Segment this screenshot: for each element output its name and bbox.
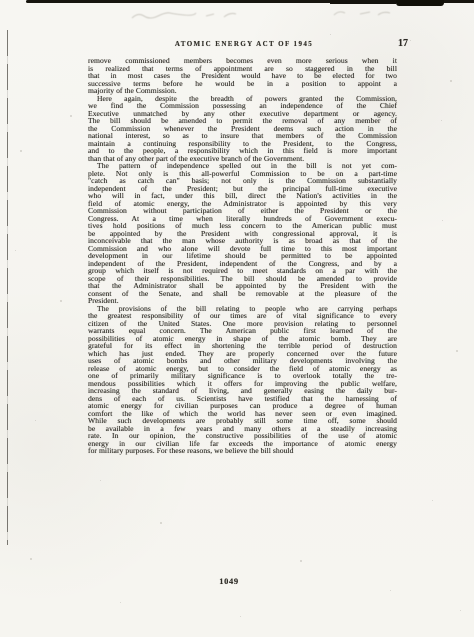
body-text: remove commissioned members becomes even… — [88, 57, 397, 455]
page-header-title: ATOMIC ENERGY ACT OF 1945 — [88, 40, 400, 48]
scan-speck — [460, 610, 461, 611]
running-head: ATOMIC ENERGY ACT OF 1945 17 — [88, 40, 400, 54]
paragraph: The provisions of the bill relating to p… — [88, 305, 397, 455]
paragraph: The pattern of independence spelled out … — [88, 162, 397, 305]
paragraph: remove commissioned members becomes even… — [88, 57, 397, 95]
page-number: 17 — [398, 38, 408, 49]
scan-speck — [441, 120, 442, 121]
text-line: consent of the Senate, and shall be remo… — [88, 290, 397, 298]
scan-speck — [20, 150, 22, 152]
scan-speck — [35, 420, 36, 421]
scan-top-edge-blob — [396, 0, 444, 6]
scan-speck — [456, 350, 458, 352]
scan-speck — [432, 500, 433, 501]
text-line: for military purposes. For these reasons… — [88, 447, 397, 455]
scan-speck — [450, 80, 452, 82]
scan-speck — [240, 616, 241, 617]
scan-speck — [410, 40, 411, 41]
scan-speck — [442, 220, 443, 221]
paragraph: Here again, despite the breadth of power… — [88, 95, 397, 163]
scan-speck — [100, 480, 101, 481]
pencil-scribble — [128, 8, 248, 24]
scanned-page: ATOMIC ENERGY ACT OF 1945 17 remove comm… — [0, 0, 474, 637]
scan-speck — [160, 522, 162, 524]
scan-speck — [390, 590, 391, 591]
scan-top-edge-segment — [330, 0, 396, 4]
scan-speck — [15, 250, 16, 251]
folio-number: 1049 — [88, 576, 370, 586]
scan-left-edge-line — [7, 30, 8, 545]
scan-speck — [70, 115, 72, 117]
scan-speck — [300, 560, 302, 562]
scan-speck — [120, 602, 121, 603]
scan-speck — [60, 300, 62, 302]
pencil-scribble — [330, 7, 400, 19]
scan-speck — [330, 34, 331, 35]
scan-speck — [30, 558, 32, 560]
